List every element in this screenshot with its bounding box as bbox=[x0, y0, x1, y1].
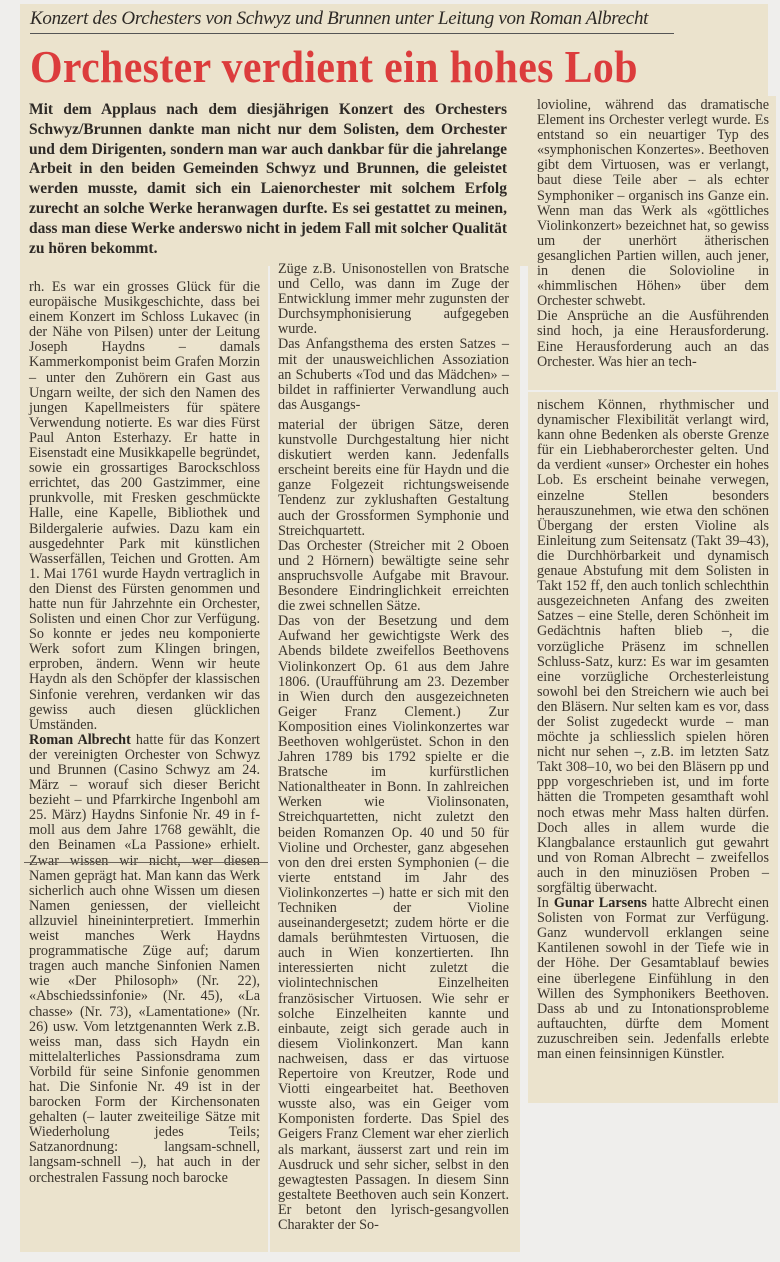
paragraph-text: hatte für das Konzert der vereinigten Or… bbox=[29, 732, 260, 1186]
paragraph: material der übrigen Sätze, deren kunstv… bbox=[278, 418, 509, 539]
paragraph: Das Anfangsthema des ersten Satzes – mit… bbox=[278, 337, 509, 412]
paragraph: Das von der Besetzung und dem Aufwand he… bbox=[278, 614, 509, 1233]
paragraph: Die Ansprüche an die Ausführenden sind h… bbox=[537, 309, 769, 369]
paragraph: In Gunar Larsens hatte Albrecht einen So… bbox=[537, 896, 769, 1062]
article-column-1: rh. Es war ein grosses Glück für die eur… bbox=[29, 280, 260, 1186]
paragraph: rh. Es war ein grosses Glück für die eur… bbox=[29, 280, 260, 733]
paragraph: Züge z.B. Unisonostellen von Bratsche un… bbox=[278, 262, 509, 337]
article-column-2-top: Züge z.B. Unisonostellen von Bratsche un… bbox=[278, 262, 509, 413]
article-column-2: material der übrigen Sätze, deren kunstv… bbox=[278, 418, 509, 1233]
article-column-3-top: lovioline, während das dramatische Eleme… bbox=[537, 98, 769, 370]
name-bold: Gunar Larsens bbox=[554, 895, 647, 911]
article-column-3: nischem Können, rhythmischer und dynamis… bbox=[537, 398, 769, 1062]
paragraph: Das Orchester (Streicher mit 2 Oboen und… bbox=[278, 539, 509, 614]
article-headline: Orchester verdient ein hohes Lob bbox=[30, 40, 700, 94]
article-kicker: Konzert des Orchesters von Schwyz und Br… bbox=[30, 8, 674, 34]
article-lead: Mit dem Applaus nach dem diesjährigen Ko… bbox=[29, 100, 507, 258]
paragraph-text: hatte Albrecht einen Solisten von Format… bbox=[537, 895, 769, 1062]
paragraph: nischem Können, rhythmischer und dynamis… bbox=[537, 398, 769, 896]
paragraph: Roman Albrecht hatte für das Konzert der… bbox=[29, 733, 260, 1186]
name-bold: Roman Albrecht bbox=[29, 732, 131, 748]
column-divider bbox=[24, 862, 268, 863]
paragraph-text: In bbox=[537, 895, 554, 911]
paragraph: lovioline, während das dramatische Eleme… bbox=[537, 98, 769, 309]
